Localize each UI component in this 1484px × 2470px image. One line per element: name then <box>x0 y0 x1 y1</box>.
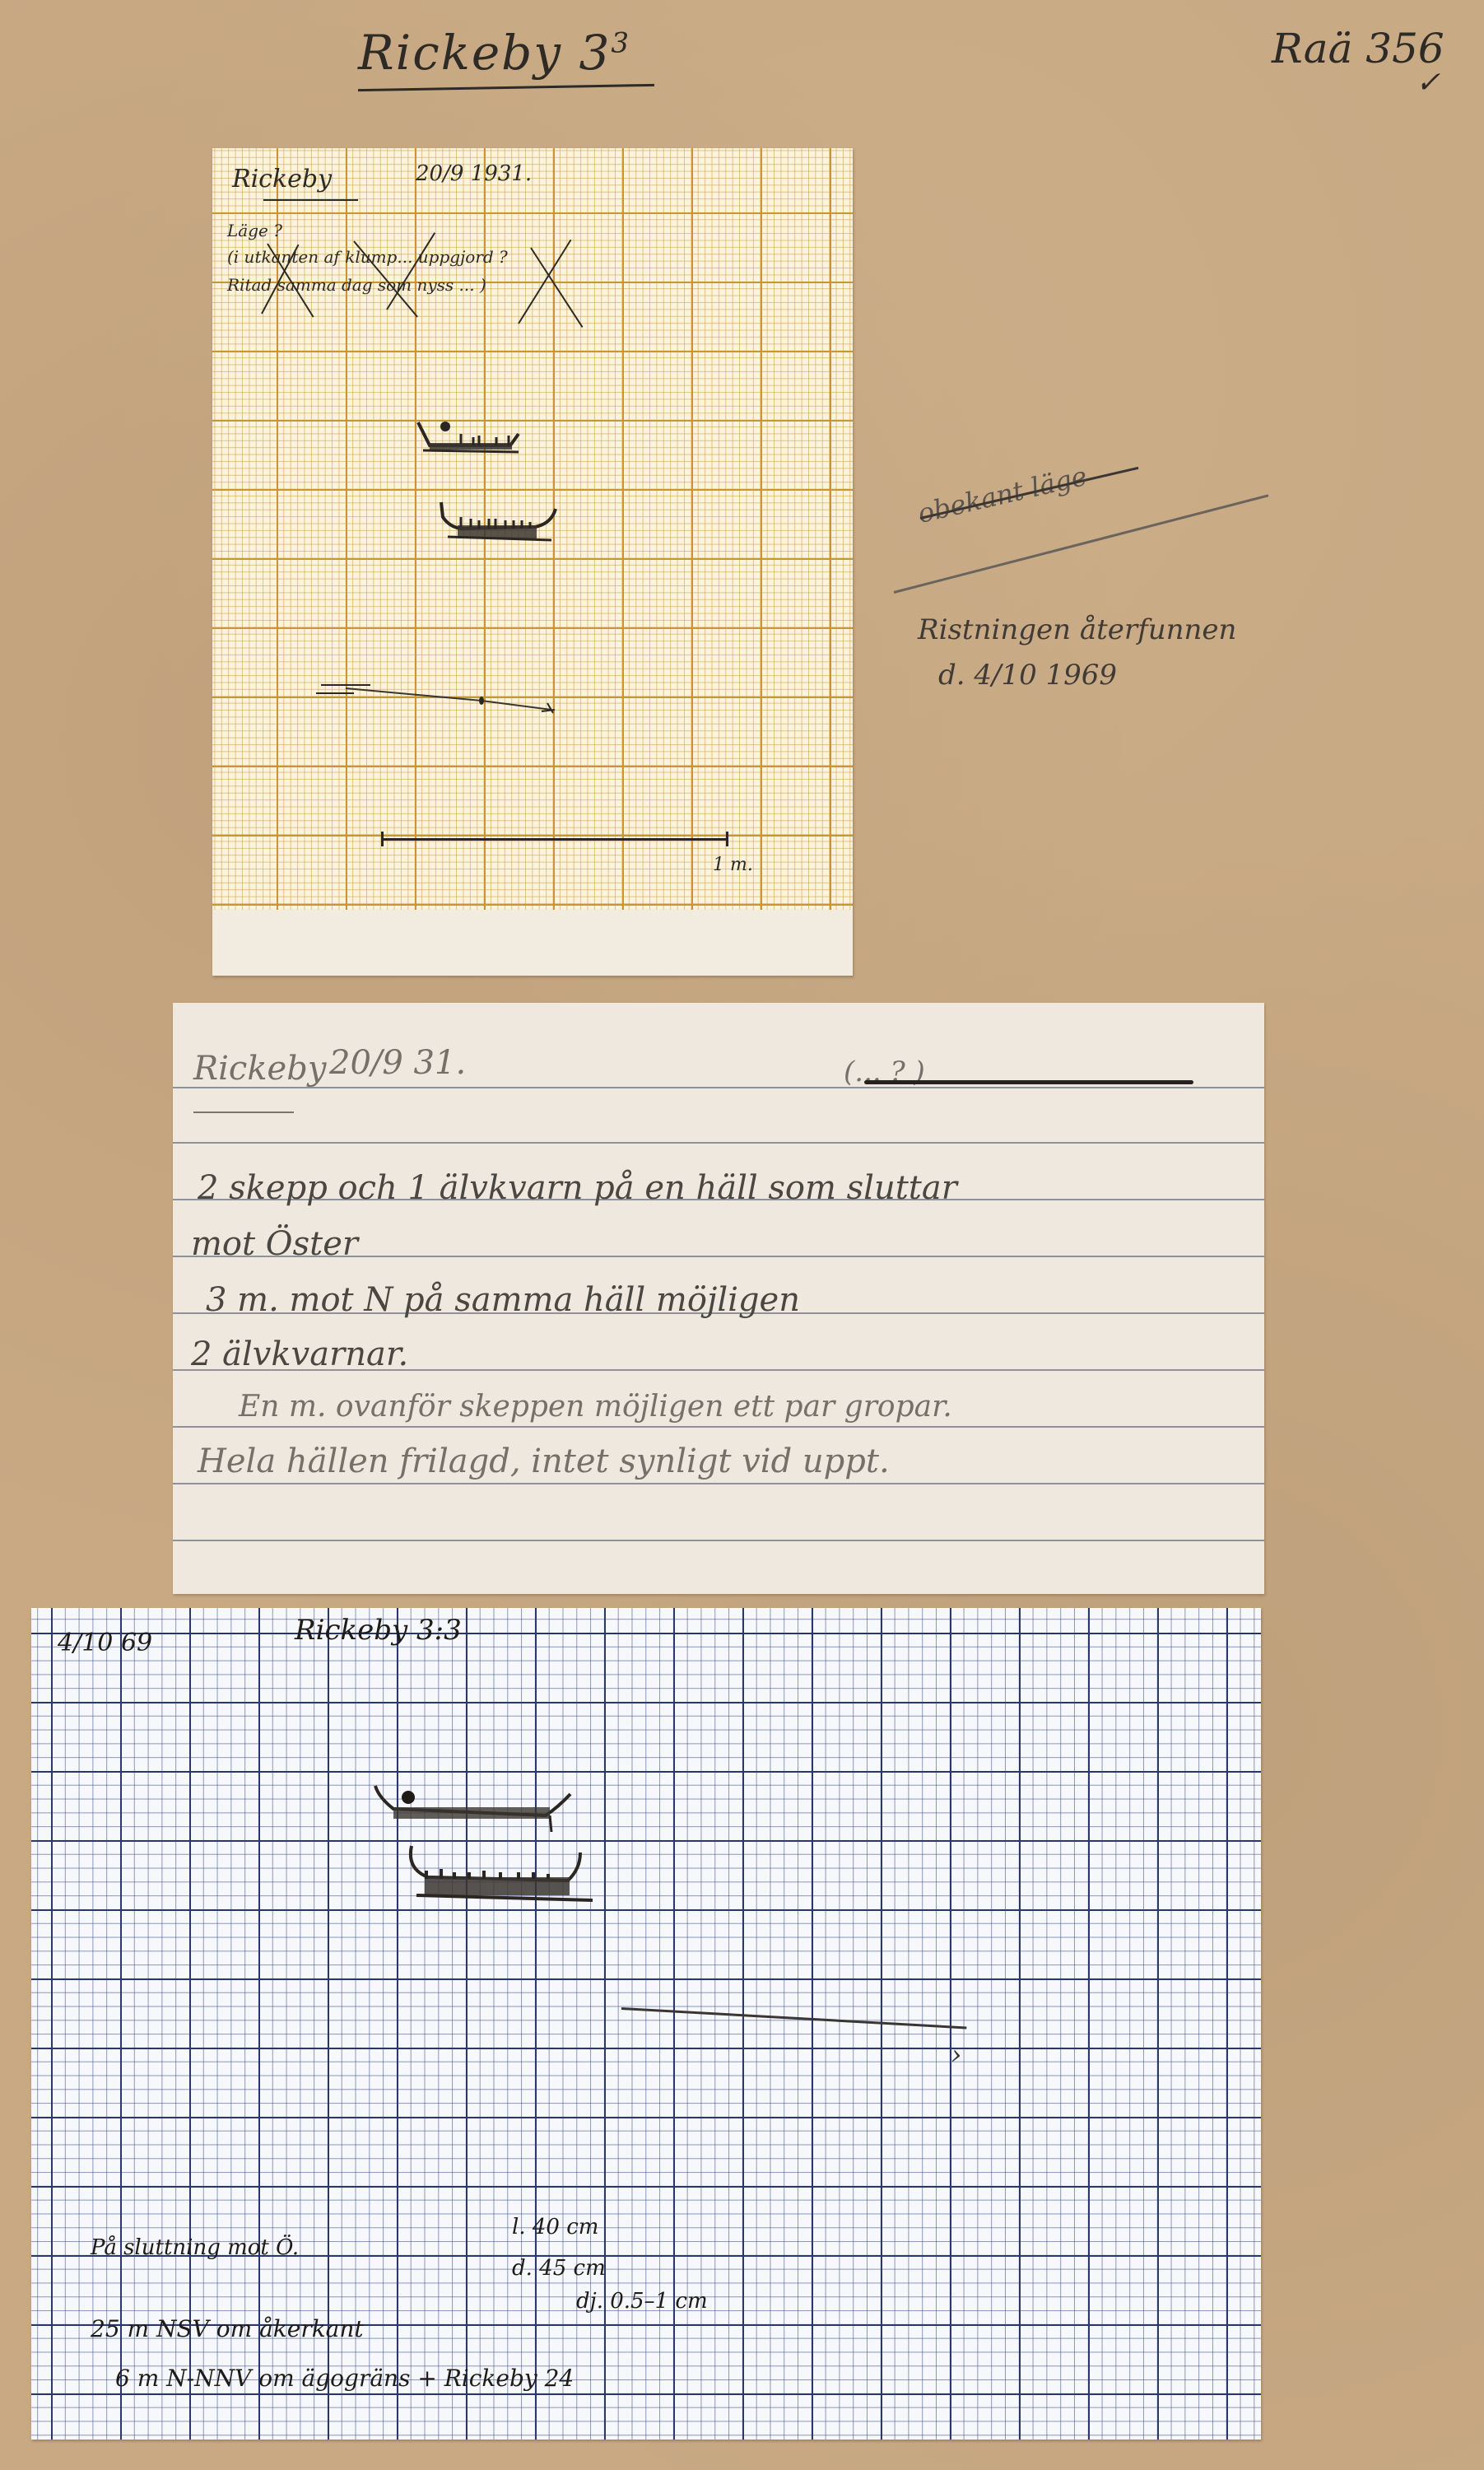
dimension-length: l. 40 cm <box>512 2215 598 2239</box>
location-note: 6 m N-NNV om ägogräns + Rickeby 24 <box>115 2365 574 2392</box>
ship-with-sun-disc-icon <box>412 416 543 473</box>
sheet-1969-title: Rickeby 3:3 <box>295 1614 462 1647</box>
index-card-rule <box>173 1087 1264 1088</box>
ship-with-crew-icon <box>436 501 568 554</box>
index-card-text-line: 2 älvkvarnar. <box>191 1335 408 1373</box>
sheet-1969-date: 4/10 69 <box>58 1629 152 1657</box>
board-note-line: d. 4/10 1969 <box>938 659 1117 692</box>
board-title-superscript: 3 <box>611 27 630 60</box>
sheet-1931-place: Rickeby <box>232 165 332 193</box>
index-card-text-line: 3 m. mot N på samma häll möjligen <box>206 1281 800 1319</box>
sheet-1931-note: Ritad samma dag som nyss ... ) <box>227 275 486 295</box>
dimension-width: d. 45 cm <box>512 2256 606 2281</box>
orientation-note: På sluttning mot Ö. <box>91 2235 299 2260</box>
ship-with-crew-icon <box>403 1844 601 1918</box>
struck-word: obekant läge <box>914 460 1090 529</box>
graph-sheet-1931-margin <box>212 910 853 976</box>
check-mark-icon: ✓ <box>1416 66 1440 100</box>
index-card-text-line: mot Öster <box>191 1225 358 1263</box>
index-card-date: 20/9 31. <box>329 1044 466 1082</box>
sheet-1931-note: Läge ? <box>227 221 282 240</box>
scale-bar <box>381 838 728 841</box>
orientation-line-icon <box>313 673 560 715</box>
board-note-line: Ristningen återfunnen <box>918 613 1236 646</box>
scale-label: 1 m. <box>713 855 753 875</box>
sheet-1931-date: 20/9 1931. <box>416 161 532 186</box>
index-card-place: Rickeby <box>193 1050 326 1088</box>
sheet-1931-place-underline <box>263 199 358 201</box>
index-card-text-line: Hela hällen frilagd, intet synligt vid u… <box>198 1442 890 1480</box>
board-title-underline <box>358 84 654 91</box>
arrow-head-icon: › <box>951 2039 962 2072</box>
index-card-text-line: En m. ovanför skeppen möjligen ett par g… <box>239 1390 952 1424</box>
location-note: 25 m NSV om åkerkant <box>91 2315 364 2342</box>
index-card-place-underline <box>193 1111 294 1113</box>
ship-with-sun-disc-icon <box>369 1783 575 1848</box>
board-title: Rickeby 33 <box>358 25 630 81</box>
date-month: 10 <box>81 1629 113 1657</box>
dimension-depth: dj. 0.5–1 cm <box>576 2289 708 2314</box>
strikethrough-line <box>864 1080 1193 1084</box>
date-day: 4 <box>58 1629 73 1657</box>
date-year: 69 <box>121 1629 152 1657</box>
index-card-text-line: 2 skepp och 1 älvkvarn på en häll som sl… <box>198 1169 957 1207</box>
